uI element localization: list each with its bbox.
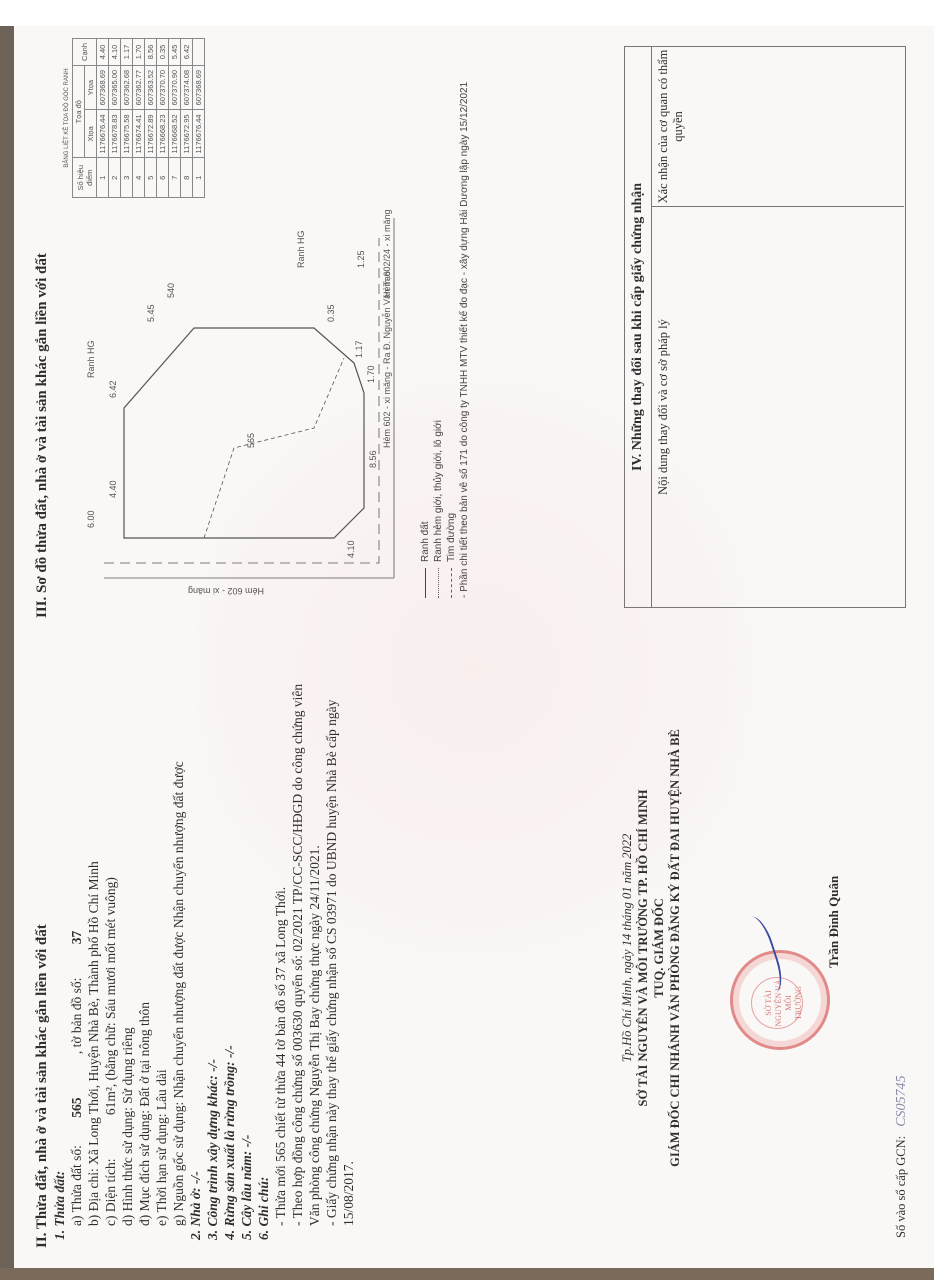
parcel-number: 565 — [69, 1097, 84, 1117]
edge-len-7: 1.17 — [354, 340, 364, 358]
table-cell: 1176668.23 — [157, 110, 169, 158]
col-x: Xtọa — [85, 110, 97, 158]
table-cell: 1176674.41 — [133, 110, 145, 158]
table-cell: 607370.90 — [169, 65, 181, 109]
table-cell: 607363.52 — [145, 65, 157, 109]
page-edge — [0, 26, 14, 1268]
parcel-label: a) Thửa đất số: — [69, 1145, 84, 1226]
registry-number: Số vào sổ cấp GCN: CS05745 — [894, 1075, 910, 1238]
dotted-line-icon — [438, 568, 439, 598]
table-cell: 1.70 — [133, 39, 145, 66]
table-cell: 1176676.44 — [97, 110, 109, 158]
solid-line-icon — [425, 568, 426, 598]
house: 2. Nhà ở: -/- — [187, 648, 204, 1248]
table-cell: 607368.69 — [97, 65, 109, 109]
legend-land: Ranh đất — [419, 521, 432, 562]
table-row: 51176672.89607363.528.56 — [145, 39, 157, 198]
setback-dim: 6.00 — [86, 510, 96, 528]
table-cell: 607362.77 — [133, 65, 145, 109]
legend-centerline: Tim đường — [445, 513, 458, 562]
table-row: 81176672.95607374.086.42 — [181, 39, 193, 198]
legend-alley: Ranh hẻm giới, thủy giới, lô giới — [432, 420, 445, 562]
legend-note: - Phần chi tiết theo bản vẽ số 171 do cô… — [458, 78, 471, 598]
confirmation-column: Xác nhận của cơ quan có thẩm quyền — [652, 47, 904, 206]
map-sheet-number: 37 — [69, 931, 84, 945]
map-sheet-label: , tờ bản đồ số: — [69, 978, 84, 1055]
coordinate-table: BẢNG LIỆT KÊ TỌA ĐỘ GÓC RANH Số hiệu điể… — [64, 38, 205, 198]
other-construction: 3. Công trình xây dựng khác: -/- — [204, 648, 221, 1248]
table-cell: 4.10 — [109, 39, 121, 66]
note-3: - Giấy chứng nhận này thay thế giấy chứn… — [323, 666, 357, 1248]
internal-line — [204, 358, 344, 538]
table-cell: 1176678.83 — [109, 110, 121, 158]
usage-purpose: đ) Mục đích sử dụng: Đất ở tại nông thôn — [136, 648, 153, 1248]
road-label-2: Hẻm 602 - xi măng — [188, 586, 264, 596]
table-cell: 607365.00 — [109, 65, 121, 109]
note-2: - Theo hợp đồng công chứng số 003630 quy… — [289, 666, 323, 1248]
registry-value: CS05745 — [894, 1075, 909, 1126]
col-y: Ytọa — [85, 65, 97, 109]
usage-form: d) Hình thức sử dụng: Sử dụng riêng — [119, 648, 136, 1248]
table-cell: 607370.70 — [157, 65, 169, 109]
map-legend: Ranh đất Ranh hẻm giới, thủy giới, lô gi… — [419, 78, 471, 598]
registry-label: Số vào sổ cấp GCN: — [894, 1136, 908, 1238]
table-cell — [193, 39, 205, 66]
table-row: 21176678.83607365.004.10 — [109, 39, 121, 198]
section-iv-heading: IV. Những thay đổi sau khi cấp giấy chứn… — [625, 47, 652, 607]
section-iii: III. Sơ đồ thửa đất, nhà ở và tài sản kh… — [34, 38, 594, 618]
signer-title: GIÁM ĐỐC CHI NHÁNH VĂN PHÒNG ĐĂNG KÝ ĐẤT… — [668, 729, 682, 1167]
boundary-label-2: Ranh HG — [296, 230, 306, 268]
agency: SỞ TÀI NGUYÊN VÀ MÔI TRƯỜNG TP. HỒ CHÍ M… — [636, 790, 650, 1107]
scan-frame: II. Thửa đất, nhà ở và tài sản khác gắn … — [0, 0, 934, 1280]
notes-heading: 6. Ghi chú: — [255, 648, 272, 1248]
table-cell: 1176668.52 — [169, 110, 181, 158]
table-cell: 607362.68 — [121, 65, 133, 109]
map-neighbor-label: 540 — [166, 283, 176, 298]
table-cell: 607368.69 — [193, 65, 205, 109]
table-row: 31176675.58607362.681.17 — [121, 39, 133, 198]
usage-term: e) Thời hạn sử dụng: Lâu dài — [153, 648, 170, 1248]
edge-len-2: 6.42 — [108, 380, 118, 398]
area-label: c) Diện tích: — [103, 1159, 118, 1226]
road-label-3: Hẻm 602/24 - xi măng — [382, 209, 392, 298]
edge-len-3: 5.45 — [146, 304, 156, 322]
table-cell: 4.40 — [97, 39, 109, 66]
table-cell: 5 — [145, 158, 157, 198]
place-date: Tp.Hồ Chí Minh, ngày 14 tháng 01 năm 202… — [619, 648, 635, 1248]
address: b) Địa chỉ: Xã Long Thới, Huyện Nhà Bè, … — [85, 648, 102, 1248]
section-ii-heading: II. Thửa đất, nhà ở và tài sản khác gắn … — [34, 648, 51, 1248]
parcel-boundary — [124, 328, 364, 538]
table-row: 41176674.41607362.771.70 — [133, 39, 145, 198]
table-cell: 5.45 — [169, 39, 181, 66]
perennial-trees: 5. Cây lâu năm: -/- — [238, 648, 255, 1248]
table-row: 11176676.44607368.69 — [193, 39, 205, 198]
side-dim: 1.25 — [356, 250, 366, 268]
bottom-edge — [0, 1268, 934, 1280]
table-caption: BẢNG LIỆT KÊ TỌA ĐỘ GÓC RANH — [64, 38, 72, 198]
note-1: - Thửa mới 565 chiết từ thửa 44 tờ bản đ… — [272, 666, 289, 1248]
col-group: Tọa độ — [73, 65, 85, 158]
edge-len-6: 1.70 — [366, 365, 376, 383]
edge-len-5: 8.56 — [368, 450, 378, 468]
boundary-label-1: Ranh HG — [86, 340, 96, 378]
certificate-page: II. Thửa đất, nhà ở và tài sản khác gắn … — [14, 26, 934, 1268]
changes-column: Nội dung thay đổi và cơ sở pháp lý — [652, 206, 904, 607]
centerline — [104, 238, 379, 563]
land-heading: 1. Thửa đất: — [51, 648, 68, 1248]
table-cell: 8.56 — [145, 39, 157, 66]
table-cell: 1.17 — [121, 39, 133, 66]
table-cell: 1176672.89 — [145, 110, 157, 158]
section-ii: II. Thửa đất, nhà ở và tài sản khác gắn … — [34, 648, 914, 1248]
dashed-line-icon — [451, 568, 452, 598]
table-row: 71176668.52607370.905.45 — [169, 39, 181, 198]
table-cell: 7 — [169, 158, 181, 198]
section-iv: IV. Những thay đổi sau khi cấp giấy chứn… — [624, 46, 906, 608]
on-behalf: TUQ. GIÁM ĐỐC — [652, 898, 666, 998]
table-cell: 6 — [157, 158, 169, 198]
signature-block: Tp.Hồ Chí Minh, ngày 14 tháng 01 năm 202… — [619, 648, 683, 1248]
edge-len-8: 4.10 — [346, 540, 356, 558]
table-cell: 3 — [121, 158, 133, 198]
official-seal: SỞ TÀI NGUYÊN VÀ MÔI TRƯỜNG — [730, 950, 830, 1050]
table-cell: 1176676.44 — [193, 110, 205, 158]
signer-name: Trần Đình Quân — [826, 876, 842, 968]
col-edge: Cạnh — [73, 39, 97, 66]
parcel-map: 565 540 4.40 6.42 5.45 0.35 8.56 1.70 1.… — [64, 178, 404, 598]
table-cell: 0.35 — [157, 39, 169, 66]
edge-len-1: 4.40 — [108, 480, 118, 498]
table-cell: 6.42 — [181, 39, 193, 66]
usage-origin: g) Nguồn gốc sử dụng: Nhận chuyển nhượng… — [170, 648, 187, 1248]
table-cell: 607374.08 — [181, 65, 193, 109]
table-cell: 1 — [97, 158, 109, 198]
table-cell: 2 — [109, 158, 121, 198]
section-iii-heading: III. Sơ đồ thửa đất, nhà ở và tài sản kh… — [34, 253, 51, 618]
map-parcel-label: 565 — [246, 433, 256, 448]
production-forest: 4. Rừng sản xuất là rừng trồng: -/- — [221, 648, 238, 1248]
parcel-row: a) Thửa đất số: 565 , tờ bản đồ số: 37 — [68, 648, 85, 1248]
table-cell: 4 — [133, 158, 145, 198]
table-cell: 8 — [181, 158, 193, 198]
area-row: c) Diện tích: 61m², (bằng chữ: Sáu mươi … — [102, 648, 119, 1248]
table-cell: 1 — [193, 158, 205, 198]
edge-len-4: 0.35 — [326, 304, 336, 322]
top-bar — [0, 0, 934, 26]
table-cell: 1176672.95 — [181, 110, 193, 158]
col-point: Số hiệu điểm — [73, 158, 97, 198]
table-cell: 1176675.58 — [121, 110, 133, 158]
table-row: 61176668.23607370.700.35 — [157, 39, 169, 198]
table-row: 11176676.44607368.694.40 — [97, 39, 109, 198]
area-value: 61m², (bằng chữ: Sáu mươi mốt mét vuông) — [103, 877, 118, 1115]
